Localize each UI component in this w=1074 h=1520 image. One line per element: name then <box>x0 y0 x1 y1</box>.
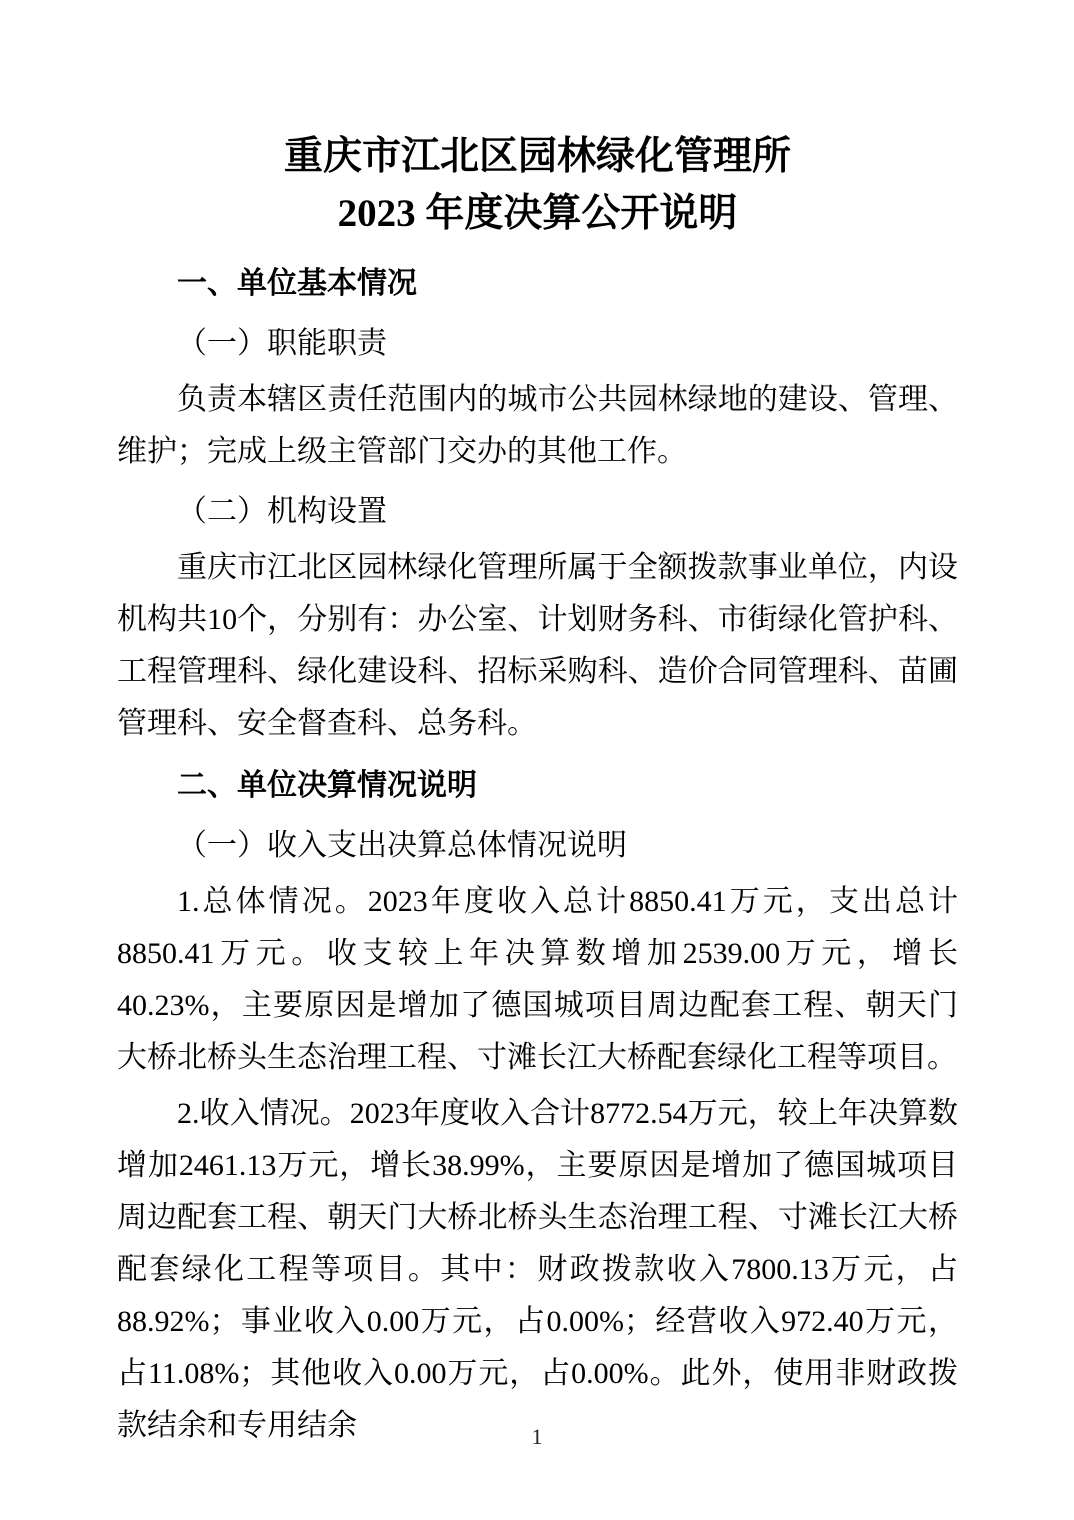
subsection-heading: （一）职能职责 <box>117 318 958 370</box>
paragraph: 2.收入情况。2023年度收入合计8772.54万元，较上年决算数增加2461.… <box>117 1088 958 1452</box>
document-page: 重庆市江北区园林绿化管理所 2023 年度决算公开说明 一、单位基本情况（一）职… <box>0 0 1074 1520</box>
subsection-heading: （二）机构设置 <box>117 486 958 538</box>
document-title: 重庆市江北区园林绿化管理所 2023 年度决算公开说明 <box>117 128 958 242</box>
paragraph: 重庆市江北区园林绿化管理所属于全额拨款事业单位，内设机构共10个，分别有：办公室… <box>117 542 958 750</box>
document-title-line2: 2023 年度决算公开说明 <box>117 185 958 242</box>
paragraph: 负责本辖区责任范围内的城市公共园林绿地的建设、管理、维护；完成上级主管部门交办的… <box>117 374 958 478</box>
section-heading: 一、单位基本情况 <box>117 258 958 310</box>
subsection-heading: （一）收入支出决算总体情况说明 <box>117 820 958 872</box>
paragraph: 1.总体情况。2023年度收入总计8850.41万元，支出总计8850.41万元… <box>117 876 958 1084</box>
section-heading: 二、单位决算情况说明 <box>117 760 958 812</box>
document-body: 一、单位基本情况（一）职能职责负责本辖区责任范围内的城市公共园林绿地的建设、管理… <box>117 258 958 1452</box>
page-footer: 1 <box>0 1424 1074 1450</box>
document-title-line1: 重庆市江北区园林绿化管理所 <box>117 128 958 185</box>
page-number: 1 <box>532 1424 543 1449</box>
